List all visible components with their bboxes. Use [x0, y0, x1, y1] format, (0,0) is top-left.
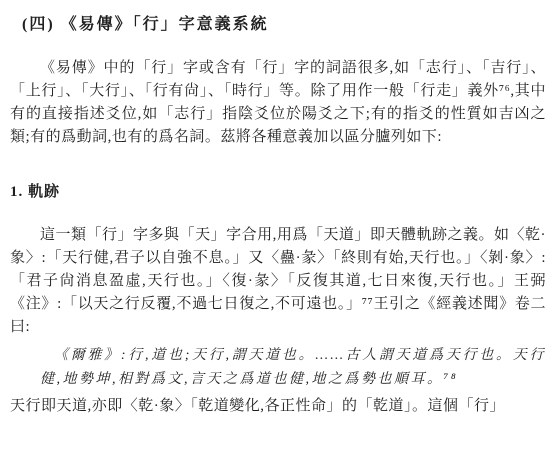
section-title: (四) 《易傳》「行」字意義系統: [22, 14, 546, 36]
jingyishuwen-quotation: 《爾雅》:行,道也;天行,謂天道也。……古人謂天道爲天行也。天行健,地勢坤,相對…: [40, 344, 546, 392]
tianxing-paragraph: 這一類「行」字多與「天」字合用,用爲「天道」即天體軌跡之義。如〈乾·象〉:「天行…: [10, 224, 546, 339]
closing-paragraph: 天行即天道,亦即〈乾·象〉「乾道變化,各正性命」的「乾道」。這個「行」: [10, 395, 546, 418]
document-page: (四) 《易傳》「行」字意義系統 《易傳》中的「行」字或含有「行」字的詞語很多,…: [0, 0, 556, 451]
subsection-heading-guiji: 1. 軌跡: [10, 181, 546, 203]
intro-paragraph: 《易傳》中的「行」字或含有「行」字的詞語很多,如「志行」、「吉行」、「上行」、「…: [10, 57, 546, 149]
